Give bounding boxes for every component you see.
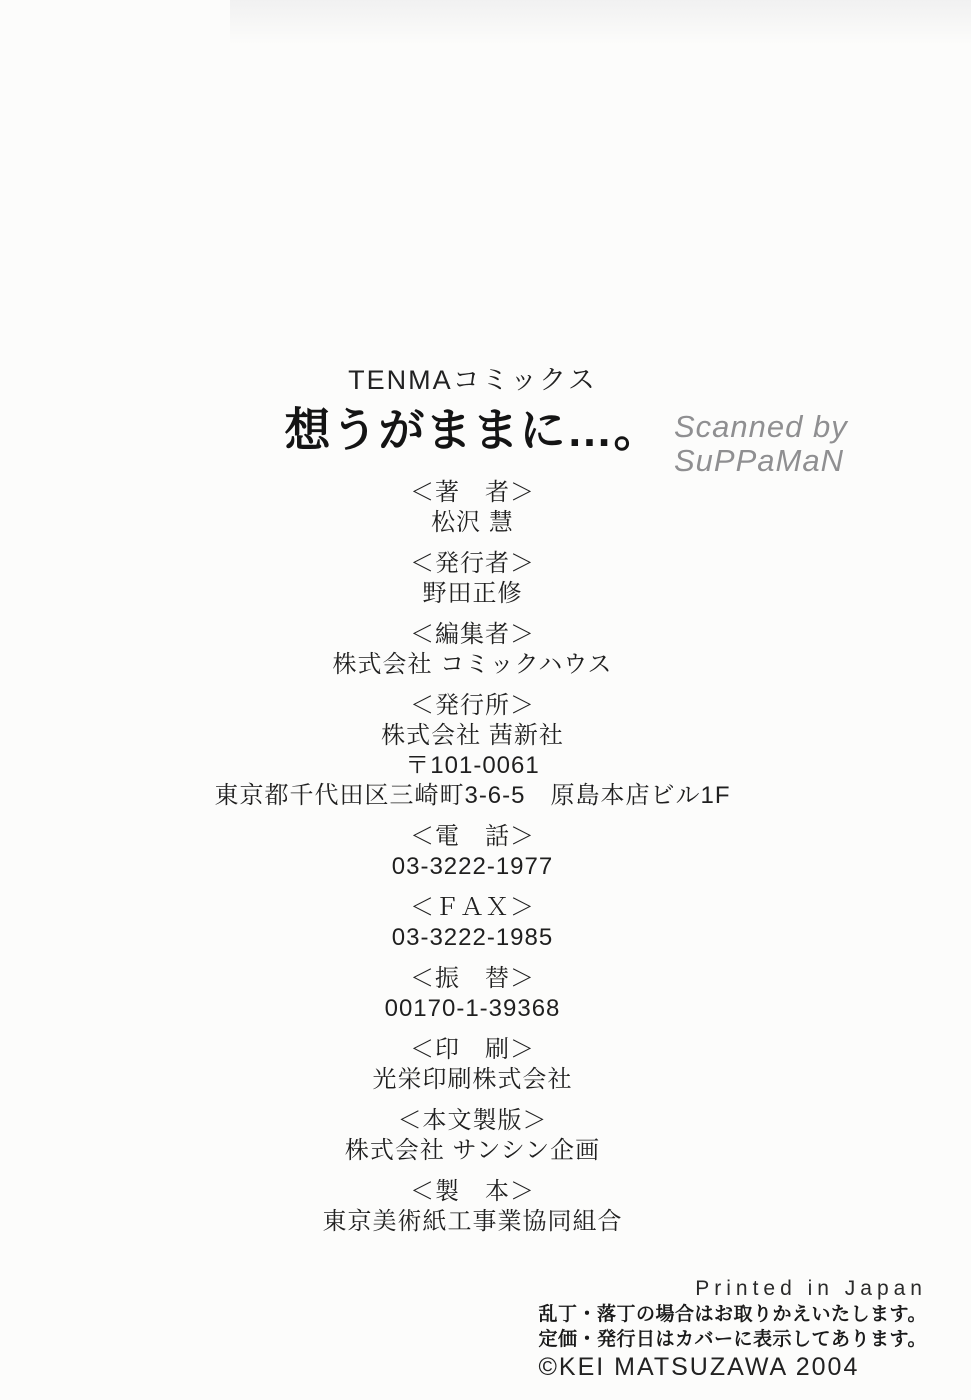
postal-transfer-label: ＜振 替＞: [0, 964, 945, 994]
colophon-section-binding: ＜製 本＞ 東京美術紙工事業協同組合: [0, 1177, 945, 1237]
plate-making-company: 株式会社 サンシン企画: [0, 1136, 945, 1166]
publisher-label: ＜発行者＞: [0, 549, 945, 579]
colophon-section-plate-making: ＜本文製版＞ 株式会社 サンシン企画: [0, 1106, 945, 1166]
copyright-text: ©KEI MATSUZAWA 2004: [539, 1353, 927, 1382]
scanner-watermark-line1: Scanned by: [674, 410, 848, 444]
scanner-watermark: Scanned by SuPPaMaN: [674, 410, 848, 478]
colophon-section-postal-transfer: ＜振 替＞ 00170-1-39368: [0, 964, 945, 1024]
author-label: ＜著 者＞: [0, 478, 945, 508]
printed-in-japan-text: Printed in Japan: [539, 1276, 927, 1302]
phone-number: 03-3222-1977: [0, 852, 945, 882]
colophon-section-phone: ＜電 話＞ 03-3222-1977: [0, 822, 945, 882]
price-notice: 定価・発行日はカバーに表示してあります。: [539, 1327, 927, 1352]
colophon-section-author: ＜著 者＞ 松沢 慧: [0, 478, 945, 538]
postal-transfer-number: 00170-1-39368: [0, 994, 945, 1024]
colophon-section-editor: ＜編集者＞ 株式会社 コミックハウス: [0, 620, 945, 680]
printing-company: 光栄印刷株式会社: [0, 1065, 945, 1095]
series-name: TENMAコミックス: [0, 364, 945, 396]
scanner-watermark-line2: SuPPaMaN: [674, 444, 848, 478]
phone-label: ＜電 話＞: [0, 822, 945, 852]
editor-label: ＜編集者＞: [0, 620, 945, 650]
publishing-office-postal-code: 〒101-0061: [0, 751, 945, 781]
colophon-section-fax: ＜ＦＡＸ＞ 03-3222-1985: [0, 893, 945, 953]
colophon-section-publishing-office: ＜発行所＞ 株式会社 茜新社 〒101-0061 東京都千代田区三崎町3-6-5…: [0, 691, 945, 811]
publishing-office-company: 株式会社 茜新社: [0, 721, 945, 751]
plate-making-label: ＜本文製版＞: [0, 1106, 945, 1136]
misprint-notice: 乱丁・落丁の場合はお取りかえいたします。: [539, 1302, 927, 1327]
editor-name: 株式会社 コミックハウス: [0, 650, 945, 680]
publishing-office-label: ＜発行所＞: [0, 691, 945, 721]
colophon-sections: ＜著 者＞ 松沢 慧 ＜発行者＞ 野田正修 ＜編集者＞ 株式会社 コミックハウス…: [0, 478, 945, 1237]
publishing-office-address: 東京都千代田区三崎町3-6-5 原島本店ビル1F: [0, 781, 945, 811]
printing-label: ＜印 刷＞: [0, 1035, 945, 1065]
fax-number: 03-3222-1985: [0, 923, 945, 953]
fax-label: ＜ＦＡＸ＞: [0, 893, 945, 923]
binding-label: ＜製 本＞: [0, 1177, 945, 1207]
publisher-name: 野田正修: [0, 579, 945, 609]
footer-block: Printed in Japan 乱丁・落丁の場合はお取りかえいたします。 定価…: [539, 1276, 927, 1382]
binding-company: 東京美術紙工事業協同組合: [0, 1207, 945, 1237]
colophon-section-publisher: ＜発行者＞ 野田正修: [0, 549, 945, 609]
colophon-column: TENMAコミックス 想うがままに…。 ＜著 者＞ 松沢 慧 ＜発行者＞ 野田正…: [0, 0, 945, 1248]
author-name: 松沢 慧: [0, 508, 945, 538]
colophon-section-printing: ＜印 刷＞ 光栄印刷株式会社: [0, 1035, 945, 1095]
